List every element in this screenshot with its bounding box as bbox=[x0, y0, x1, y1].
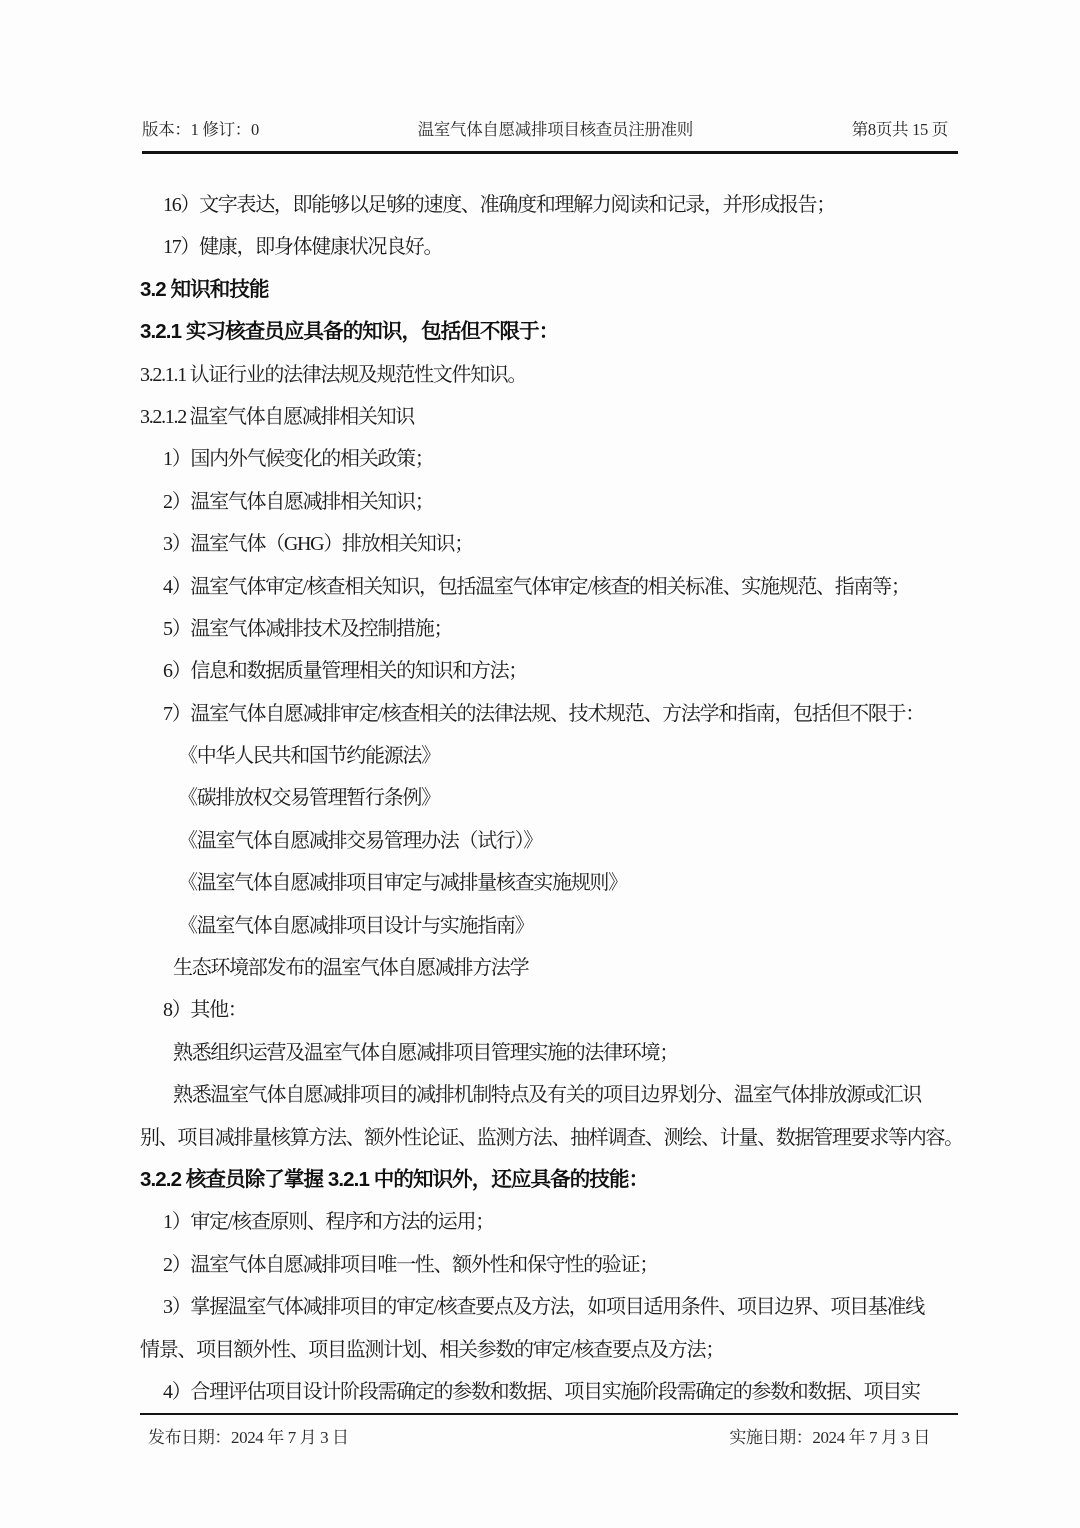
page-header: 版本：1 修订：0 温室气体自愿减排项目核查员注册准则 第8页共 15 页 bbox=[142, 116, 960, 140]
text-line: 4）温室气体审定/核查相关知识，包括温室气体审定/核查的相关标准、实施规范、指南… bbox=[140, 566, 965, 608]
footer-implement-date: 实施日期：2024 年 7 月 3 日 bbox=[729, 1424, 958, 1452]
text-line: 别、项目减排量核算方法、额外性论证、监测方法、抽样调查、测绘、计量、数据管理要求… bbox=[140, 1117, 965, 1159]
text-line: 《温室气体自愿减排项目设计与实施指南》 bbox=[140, 905, 965, 947]
text-line: 5）温室气体减排技术及控制措施； bbox=[140, 608, 965, 650]
text-line: 3.2.2 核查员除了掌握 3.2.1 中的知识外，还应具备的技能： bbox=[140, 1159, 965, 1201]
document-page: 版本：1 修订：0 温室气体自愿减排项目核查员注册准则 第8页共 15 页 16… bbox=[0, 0, 1080, 1528]
document-body: 16）文字表达，即能够以足够的速度、准确度和理解力阅读和记录，并形成报告；17）… bbox=[140, 184, 965, 1413]
text-line: 3.2.1.1 认证行业的法律法规及规范性文件知识。 bbox=[140, 354, 965, 396]
text-line: 3）掌握温室气体减排项目的审定/核查要点及方法，如项目适用条件、项目边界、项目基… bbox=[140, 1286, 965, 1328]
text-line: 1）审定/核查原则、程序和方法的运用； bbox=[140, 1201, 965, 1243]
text-line: 2）温室气体自愿减排相关知识； bbox=[140, 481, 965, 523]
text-line: 1）国内外气候变化的相关政策； bbox=[140, 438, 965, 480]
header-divider bbox=[142, 151, 958, 154]
text-line: 3.2 知识和技能 bbox=[140, 269, 965, 311]
text-line: 4）合理评估项目设计阶段需确定的参数和数据、项目实施阶段需确定的参数和数据、项目… bbox=[140, 1371, 965, 1413]
text-line: 3.2.1.2 温室气体自愿减排相关知识 bbox=[140, 396, 965, 438]
text-line: 《碳排放权交易管理暂行条例》 bbox=[140, 777, 965, 819]
text-line: 熟悉组织运营及温室气体自愿减排项目管理实施的法律环境； bbox=[140, 1032, 965, 1074]
text-line: 16）文字表达，即能够以足够的速度、准确度和理解力阅读和记录，并形成报告； bbox=[140, 184, 965, 226]
header-document-title: 温室气体自愿减排项目核查员注册准则 bbox=[259, 116, 852, 140]
text-line: 生态环境部发布的温室气体自愿减排方法学 bbox=[140, 947, 965, 989]
text-line: 情景、项目额外性、项目监测计划、相关参数的审定/核查要点及方法； bbox=[140, 1329, 965, 1371]
text-line: 《温室气体自愿减排交易管理办法（试行）》 bbox=[140, 820, 965, 862]
text-line: 《温室气体自愿减排项目审定与减排量核查实施规则》 bbox=[140, 862, 965, 904]
text-line: 3）温室气体（GHG）排放相关知识； bbox=[140, 523, 965, 565]
text-line: 2）温室气体自愿减排项目唯一性、额外性和保守性的验证； bbox=[140, 1244, 965, 1286]
text-line: 《中华人民共和国节约能源法》 bbox=[140, 735, 965, 777]
page-footer: 发布日期：2024 年 7 月 3 日 实施日期：2024 年 7 月 3 日 bbox=[148, 1424, 958, 1452]
text-line: 3.2.1 实习核查员应具备的知识，包括但不限于： bbox=[140, 311, 965, 353]
footer-divider bbox=[140, 1413, 958, 1415]
header-page-number: 第8页共 15 页 bbox=[852, 116, 960, 140]
footer-issue-date: 发布日期：2024 年 7 月 3 日 bbox=[148, 1424, 349, 1452]
text-line: 熟悉温室气体自愿减排项目的减排机制特点及有关的项目边界划分、温室气体排放源或汇识 bbox=[140, 1074, 965, 1116]
text-line: 8）其他： bbox=[140, 989, 965, 1031]
header-version: 版本：1 修订：0 bbox=[142, 116, 259, 140]
text-line: 6）信息和数据质量管理相关的知识和方法； bbox=[140, 650, 965, 692]
text-line: 17）健康，即身体健康状况良好。 bbox=[140, 226, 965, 268]
text-line: 7）温室气体自愿减排审定/核查相关的法律法规、技术规范、方法学和指南，包括但不限… bbox=[140, 693, 965, 735]
